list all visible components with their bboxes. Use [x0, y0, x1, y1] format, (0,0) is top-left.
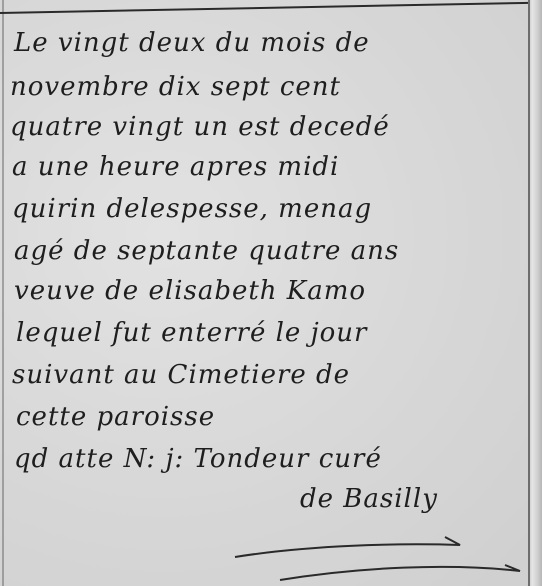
text-line-7: veuve de elisabeth Kamo [14, 276, 366, 306]
signature-flourish [220, 525, 540, 585]
text-line-12-parish: de Basilly [300, 484, 438, 514]
text-line-3: quatre vingt un est decedé [10, 112, 390, 142]
text-line-6: agé de septante quatre ans [14, 236, 399, 266]
text-line-2: novembre dix sept cent [10, 72, 341, 102]
top-separator-line [0, 2, 530, 14]
page-gutter-fold [528, 0, 542, 586]
text-line-11-signature: qd atte N: j: Tondeur curé [14, 444, 382, 474]
left-margin-rule [2, 0, 4, 586]
text-line-4: a une heure apres midi [12, 152, 339, 182]
text-line-8: lequel fut enterré le jour [16, 318, 367, 348]
scanned-register-page: Le vingt deux du mois de novembre dix se… [0, 0, 542, 586]
text-line-9: suivant au Cimetiere de [12, 360, 350, 390]
text-line-5: quirin delespesse, menag [12, 194, 372, 224]
text-line-10: cette paroisse [16, 402, 215, 432]
text-line-1: Le vingt deux du mois de [14, 28, 370, 58]
